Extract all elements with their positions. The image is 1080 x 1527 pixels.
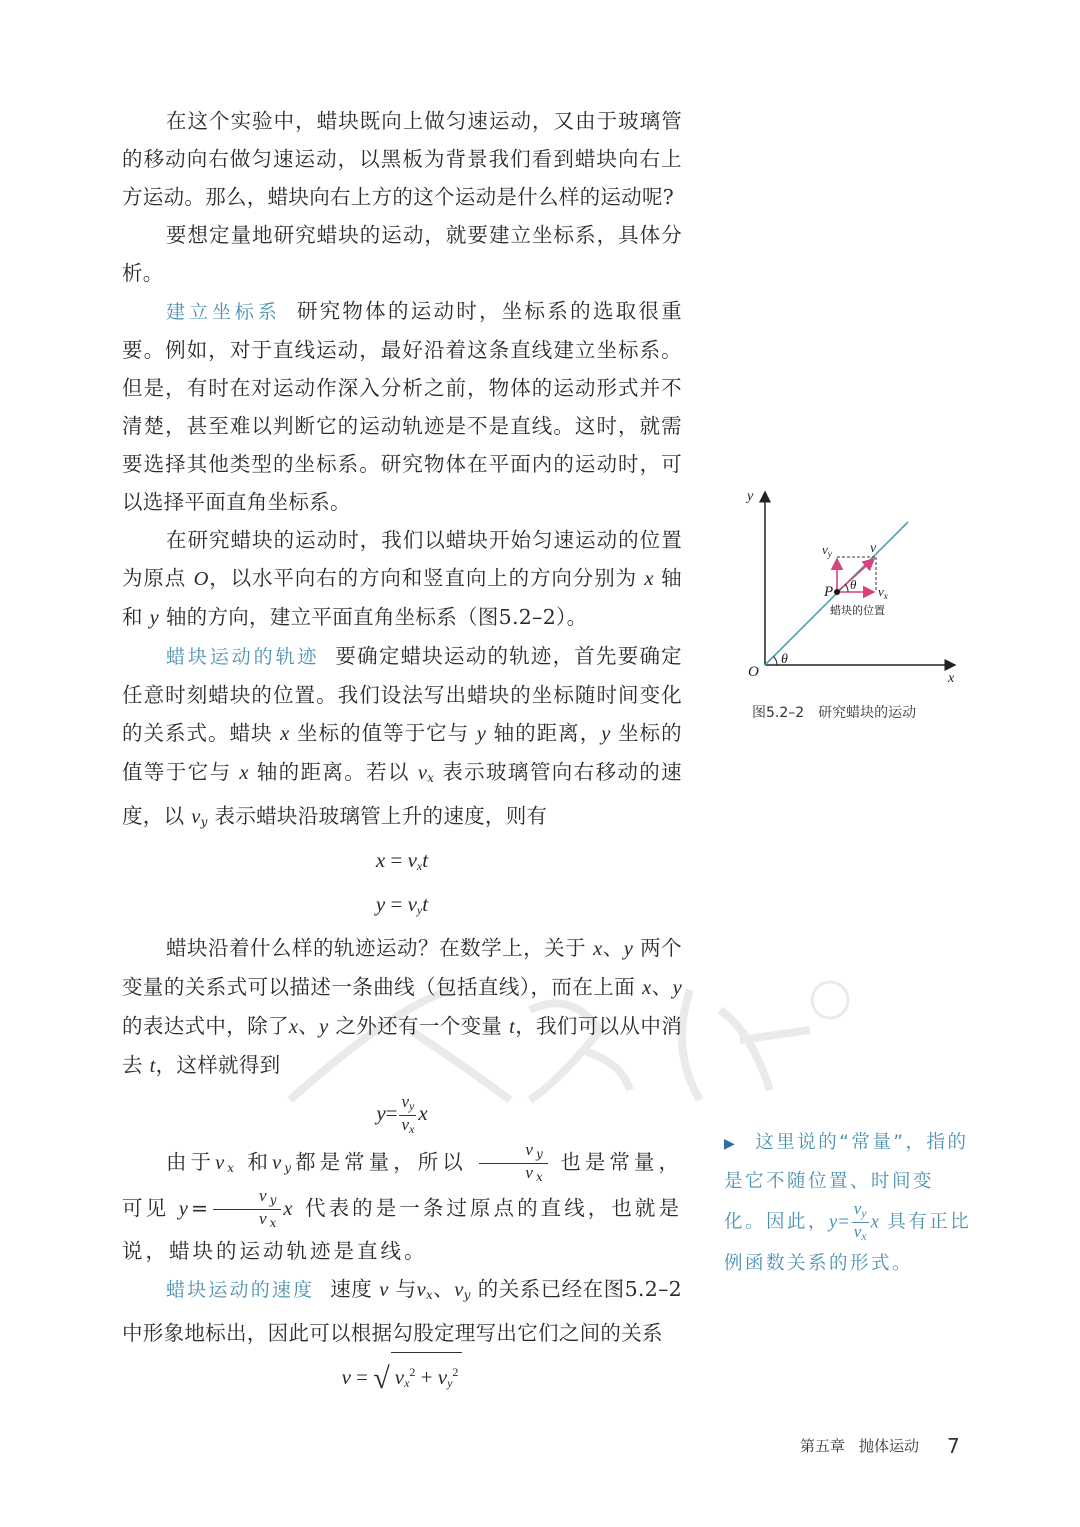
section-heading-velocity: 蜡块运动的速度 [166,1279,314,1301]
paragraph-intro: 在这个实验中，蜡块既向上做匀速运动，又由于玻璃管的移动向右做匀速运动，以黑板为背… [122,102,682,216]
figure-caption: 图5.2–2研究蜡块的运动 [752,702,916,722]
svg-text:vy: vy [822,542,832,559]
page-number: 7 [947,1434,960,1458]
paragraph-analysis: 要想定量地研究蜡块的运动，就要建立坐标系，具体分析。 [122,216,682,292]
equation-y: y = vyt [122,885,682,929]
svg-text:y: y [745,489,754,504]
section-heading-trajectory: 蜡块运动的轨迹 [166,646,319,668]
point-p [834,589,840,595]
svg-text:vx: vx [878,584,888,601]
paragraph-trajectory: 蜡块运动的轨迹要确定蜡块运动的轨迹，首先要确定任意时刻蜡块的位置。我们设法写出蜡… [122,637,682,841]
svg-text:P: P [823,584,833,600]
equation-x: x = vxt [122,841,682,885]
svg-text:θ: θ [850,577,857,592]
svg-text:x: x [947,671,955,686]
chapter-number: 第五章 [800,1437,845,1455]
equation-line: y=vyvxx [122,1085,682,1141]
side-note: ▶这里说的“常量”，指的是它不随位置、时间变化。因此，y=vyvxx 具有正比例… [724,1124,974,1282]
paragraph-coordinate-system: 建立坐标系研究物体的运动时，坐标系的选取很重要。例如，对于直线运动，最好沿着这条… [122,292,682,521]
triangle-right-icon: ▶ [724,1136,737,1152]
figure-wax-block-motion: y x O θ P θ v vx vy 蜡块的位置 [740,480,970,730]
angle-arc-origin [774,657,778,666]
svg-text:O: O [748,664,759,680]
paragraph-constant: 由于vx 和vy都是常量，所以 vyvx 也是常量，可见 y=vyvxx 代表的… [122,1141,682,1270]
paragraph-origin: 在研究蜡块的运动时，我们以蜡块开始匀速运动的位置为原点 O，以水平向右的方向和竖… [122,521,682,637]
paragraph-velocity: 蜡块运动的速度速度 v 与vx、vy 的关系已经在图5.2–2中形象地标出，因此… [122,1270,682,1352]
section-heading-coordinate-system: 建立坐标系 [166,301,281,323]
svg-text:蜡块的位置: 蜡块的位置 [830,603,885,617]
svg-text:v: v [870,541,877,556]
svg-text:θ: θ [781,652,788,667]
paragraph-trajectory-shape: 蜡块沿着什么样的轨迹运动？在数学上，关于 x、y 两个变量的关系式可以描述一条曲… [122,929,682,1085]
main-text-column: 在这个实验中，蜡块既向上做匀速运动，又由于玻璃管的移动向右做匀速运动，以黑板为背… [122,102,682,1402]
chapter-title: 抛体运动 [859,1437,919,1455]
equation-speed: v = √vx2 + vy2 [122,1352,682,1402]
paragraph-text: 研究物体的运动时，坐标系的选取很重要。例如，对于直线运动，最好沿着这条直线建立坐… [122,299,682,514]
page-footer: 第五章抛体运动7 [800,1434,960,1458]
